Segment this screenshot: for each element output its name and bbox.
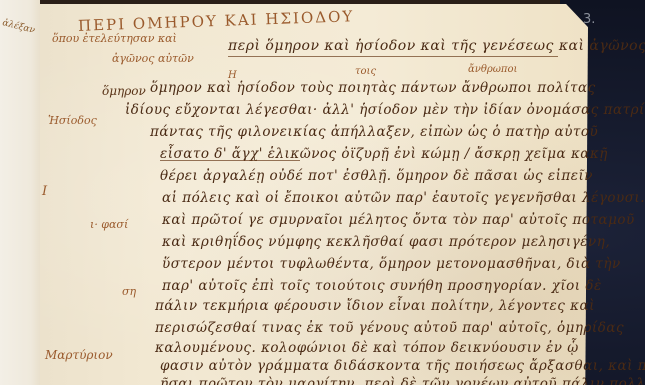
text-line: ἰδίους εὔχονται λέγεσθαι· ἀλλ' ἡσίοδον μ…	[125, 102, 645, 118]
margin-note: ση	[122, 285, 136, 298]
underline-rule	[228, 56, 558, 57]
text-line: περισώζεσθαί τινας ἐκ τοῦ γένους αὐτοῦ π…	[155, 320, 624, 336]
interlinear-gloss: τοις	[355, 66, 376, 77]
text-line: ὕστερον μέντοι τυφλωθέντα, ὅμηρον μετονο…	[162, 256, 621, 272]
text-line: περὶ ὅμηρον καὶ ἡσίοδον καὶ τῆς γενέσεως…	[228, 38, 645, 54]
text-line: ὅμηρον καὶ ἡσίοδον τοὺς ποιητὰς πάντων ἄ…	[150, 80, 596, 96]
text-line: καὶ κριθηΐδος νύμφης κεκλῆσθαί φασι πρότ…	[162, 234, 610, 250]
text-line: θέρει ἀργαλέῃ οὐδέ ποτ' ἐσθλῇ. ὅμηρον δὲ…	[160, 168, 593, 184]
facing-page-edge: ἀλέξαν	[0, 0, 44, 385]
folio-number: 3.	[583, 12, 595, 27]
facing-page-fragment: ἀλέξαν	[1, 18, 36, 36]
margin-note: Ἡσίοδος	[48, 114, 97, 127]
margin-note: Μαρτύριον	[45, 348, 113, 362]
text-line: πάλιν τεκμήρια φέρουσιν ἴδιον εἶναι πολί…	[155, 298, 595, 314]
text-line: πάντας τῆς φιλονεικίας ἀπήλλαξεν, εἰπὼν …	[150, 124, 598, 140]
interlinear-gloss: ἄνθρωποι	[468, 64, 517, 75]
underline-rule	[160, 160, 300, 161]
margin-note: ὅμηρον	[102, 84, 146, 98]
text-line: ῆσαι πρῶτον τὸν μαργίτην. περὶ δὲ τῶν γο…	[160, 376, 645, 385]
margin-note: I	[42, 184, 47, 199]
margin-note: ἀγῶνος αὐτῶν	[112, 52, 194, 65]
margin-note: ι· φασί	[90, 218, 128, 231]
text-line: καλουμένους. κολοφώνιοι δὲ καὶ τόπον δει…	[155, 340, 579, 356]
text-line: παρ' αὐτοῖς ἐπὶ τοῖς τοιούτοις συνήθη πρ…	[162, 278, 602, 294]
text-line: αἱ πόλεις καὶ οἱ ἔποικοι αὐτῶν παρ' ἑαυτ…	[162, 190, 645, 206]
margin-note: ὅπου ἐτελεύτησαν καὶ	[52, 32, 177, 45]
text-line: φασιν αὐτὸν γράμματα διδάσκοντα τῆς ποιή…	[160, 358, 645, 374]
text-line: καὶ πρῶτοί γε σμυρναῖοι μέλητος ὄντα τὸν…	[162, 212, 635, 228]
